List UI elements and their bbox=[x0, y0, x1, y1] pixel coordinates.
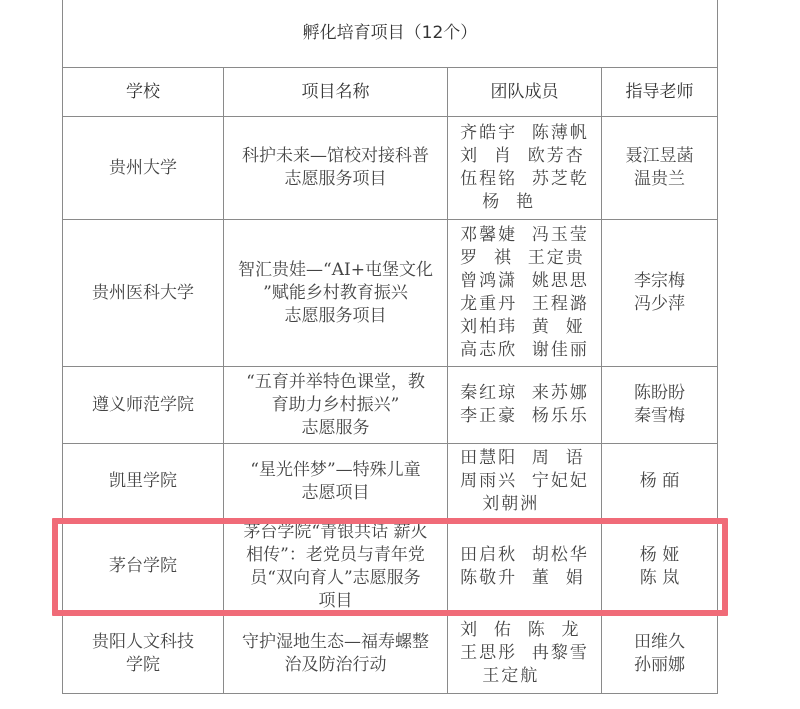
school-cell: 凯里学院 bbox=[63, 444, 224, 520]
members-cell: 秦红琼 来苏娜 李正豪 杨乐乐 bbox=[448, 367, 602, 444]
school-cell: 茅台学院 bbox=[63, 520, 224, 614]
members-cell: 邓馨婕 冯玉莹 罗 祺 王定贵 曾鸿潇 姚思思 龙重丹 王程潞 刘柏玮 黄 娅 … bbox=[448, 220, 602, 367]
column-header-project: 项目名称 bbox=[224, 68, 448, 117]
advisors-cell: 杨 皕 bbox=[602, 444, 718, 520]
table-row: 贵州大学 科护未来—馆校对接科普 志愿服务项目 齐皓宇 陈薄帆 刘 肖 欧芳杏 … bbox=[63, 117, 718, 220]
school-cell: 贵州大学 bbox=[63, 117, 224, 220]
school-cell: 贵州医科大学 bbox=[63, 220, 224, 367]
school-cell: 遵义师范学院 bbox=[63, 367, 224, 444]
school-cell: 贵阳人文科技 学院 bbox=[63, 614, 224, 694]
advisors-cell: 李宗梅 冯少萍 bbox=[602, 220, 718, 367]
project-cell: 智汇贵娃—“AI+屯堡文化 ”赋能乡村教育振兴 志愿服务项目 bbox=[224, 220, 448, 367]
advisors-cell: 聂江昱菡 温贵兰 bbox=[602, 117, 718, 220]
members-cell: 田慧阳 周 语 周雨兴 宁妃妃 刘朝洲 bbox=[448, 444, 602, 520]
column-header-advisors: 指导老师 bbox=[602, 68, 718, 117]
header-row: 学校 项目名称 团队成员 指导老师 bbox=[63, 68, 718, 117]
members-cell: 刘 佑 陈 龙 王思彤 冉黎雪 王定航 bbox=[448, 614, 602, 694]
table-row: 遵义师范学院 “五育并举特色课堂，教 育助力乡村振兴” 志愿服务 秦红琼 来苏娜… bbox=[63, 367, 718, 444]
table-row: 贵阳人文科技 学院 守护湿地生态—福寿螺整 治及防治行动 刘 佑 陈 龙 王思彤… bbox=[63, 614, 718, 694]
project-cell: “星光伴梦”—特殊儿童 志愿项目 bbox=[224, 444, 448, 520]
advisors-cell: 田维久 孙丽娜 bbox=[602, 614, 718, 694]
column-header-school: 学校 bbox=[63, 68, 224, 117]
incubation-projects-table: 孵化培育项目（12个） 学校 项目名称 团队成员 指导老师 贵州大学 科护未来—… bbox=[62, 0, 718, 694]
advisors-cell: 陈盼盼 秦雪梅 bbox=[602, 367, 718, 444]
members-cell: 齐皓宇 陈薄帆 刘 肖 欧芳杏 伍程铭 苏芝乾 杨 艳 bbox=[448, 117, 602, 220]
advisors-cell: 杨 娅 陈 岚 bbox=[602, 520, 718, 614]
project-cell: 科护未来—馆校对接科普 志愿服务项目 bbox=[224, 117, 448, 220]
table-title: 孵化培育项目（12个） bbox=[63, 0, 718, 68]
table-row: 贵州医科大学 智汇贵娃—“AI+屯堡文化 ”赋能乡村教育振兴 志愿服务项目 邓馨… bbox=[63, 220, 718, 367]
project-cell: “五育并举特色课堂，教 育助力乡村振兴” 志愿服务 bbox=[224, 367, 448, 444]
project-cell: 守护湿地生态—福寿螺整 治及防治行动 bbox=[224, 614, 448, 694]
project-cell: 茅台学院“青银共话 薪火 相传”：老党员与青年党 员“双向育人”志愿服务 项目 bbox=[224, 520, 448, 614]
table-row: 凯里学院 “星光伴梦”—特殊儿童 志愿项目 田慧阳 周 语 周雨兴 宁妃妃 刘朝… bbox=[63, 444, 718, 520]
column-header-members: 团队成员 bbox=[448, 68, 602, 117]
members-cell: 田启秋 胡松华 陈敬升 董 娟 bbox=[448, 520, 602, 614]
table-row-highlighted: 茅台学院 茅台学院“青银共话 薪火 相传”：老党员与青年党 员“双向育人”志愿服… bbox=[63, 520, 718, 614]
